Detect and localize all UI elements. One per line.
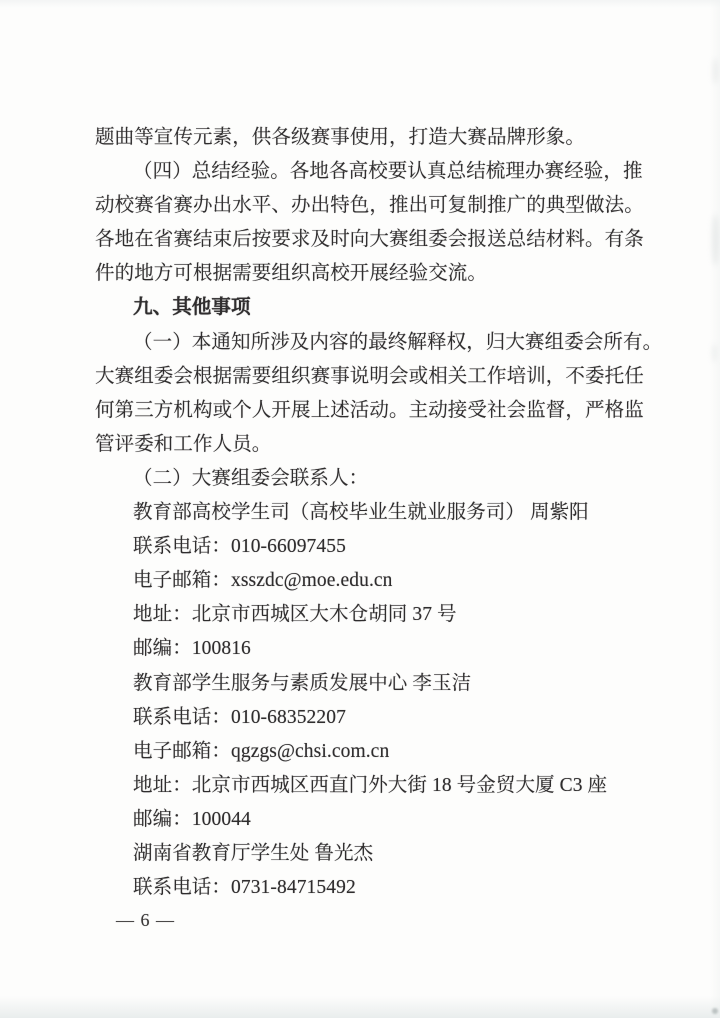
body-line: 题曲等宣传元素，供各级赛事使用，打造大赛品牌形象。	[95, 121, 643, 155]
body-line: 各地在省赛结束后按要求及时向大赛组委会报送总结材料。有条	[95, 223, 643, 257]
body-line: 何第三方机构或个人开展上述活动。主动接受社会监督，严格监	[95, 394, 643, 428]
contact-address-line: 地址：北京市西城区大木仓胡同 37 号	[95, 598, 643, 632]
body-line: 动校赛省赛办出水平、办出特色，推出可复制推广的典型做法。	[95, 189, 643, 223]
body-line: （四）总结经验。各地各高校要认真总结梳理办赛经验，推	[95, 155, 643, 189]
contact-section-label: （二）大赛组委会联系人：	[95, 462, 643, 496]
contact-address-line: 地址：北京市西城区西直门外大街 18 号金贸大厦 C3 座	[95, 769, 643, 803]
page-number: — 6 —	[116, 906, 175, 934]
body-line: 大赛组委会根据需要组织赛事说明会或相关工作培训，不委托任	[95, 360, 643, 394]
scan-artifact	[712, 1008, 718, 1014]
document-body: 题曲等宣传元素，供各级赛事使用，打造大赛品牌形象。 （四）总结经验。各地各高校要…	[95, 121, 643, 905]
section-heading: 九、其他事项	[95, 291, 643, 325]
contact-email-line: 电子邮箱：qgzgs@chsi.com.cn	[95, 735, 643, 769]
body-line: （一）本通知所涉及内容的最终解释权，归大赛组委会所有。	[95, 326, 643, 360]
contact-postcode-line: 邮编：100816	[95, 632, 643, 666]
contact-phone-line: 联系电话：0731-84715492	[95, 871, 643, 905]
scan-edge-shading-top	[0, 0, 720, 8]
contact-org-line: 教育部学生服务与素质发展中心 李玉洁	[95, 667, 643, 701]
scanned-document-page: 题曲等宣传元素，供各级赛事使用，打造大赛品牌形象。 （四）总结经验。各地各高校要…	[0, 0, 720, 1018]
body-line: 件的地方可根据需要组织高校开展经验交流。	[95, 257, 643, 291]
body-line: 管评委和工作人员。	[95, 428, 643, 462]
contact-email-line: 电子邮箱：xsszdc@moe.edu.cn	[95, 564, 643, 598]
contact-phone-line: 联系电话：010-68352207	[95, 701, 643, 735]
scan-edge-shading-bottom	[0, 996, 720, 1018]
scan-edge-shading-right	[710, 0, 720, 1018]
contact-org-line: 湖南省教育厅学生处 鲁光杰	[95, 837, 643, 871]
contact-phone-line: 联系电话：010-66097455	[95, 530, 643, 564]
scan-artifact	[713, 58, 718, 84]
scan-artifact	[712, 344, 717, 362]
contact-postcode-line: 邮编：100044	[95, 803, 643, 837]
scan-artifact	[712, 214, 719, 266]
contact-org-line: 教育部高校学生司（高校毕业生就业服务司） 周紫阳	[95, 496, 643, 530]
